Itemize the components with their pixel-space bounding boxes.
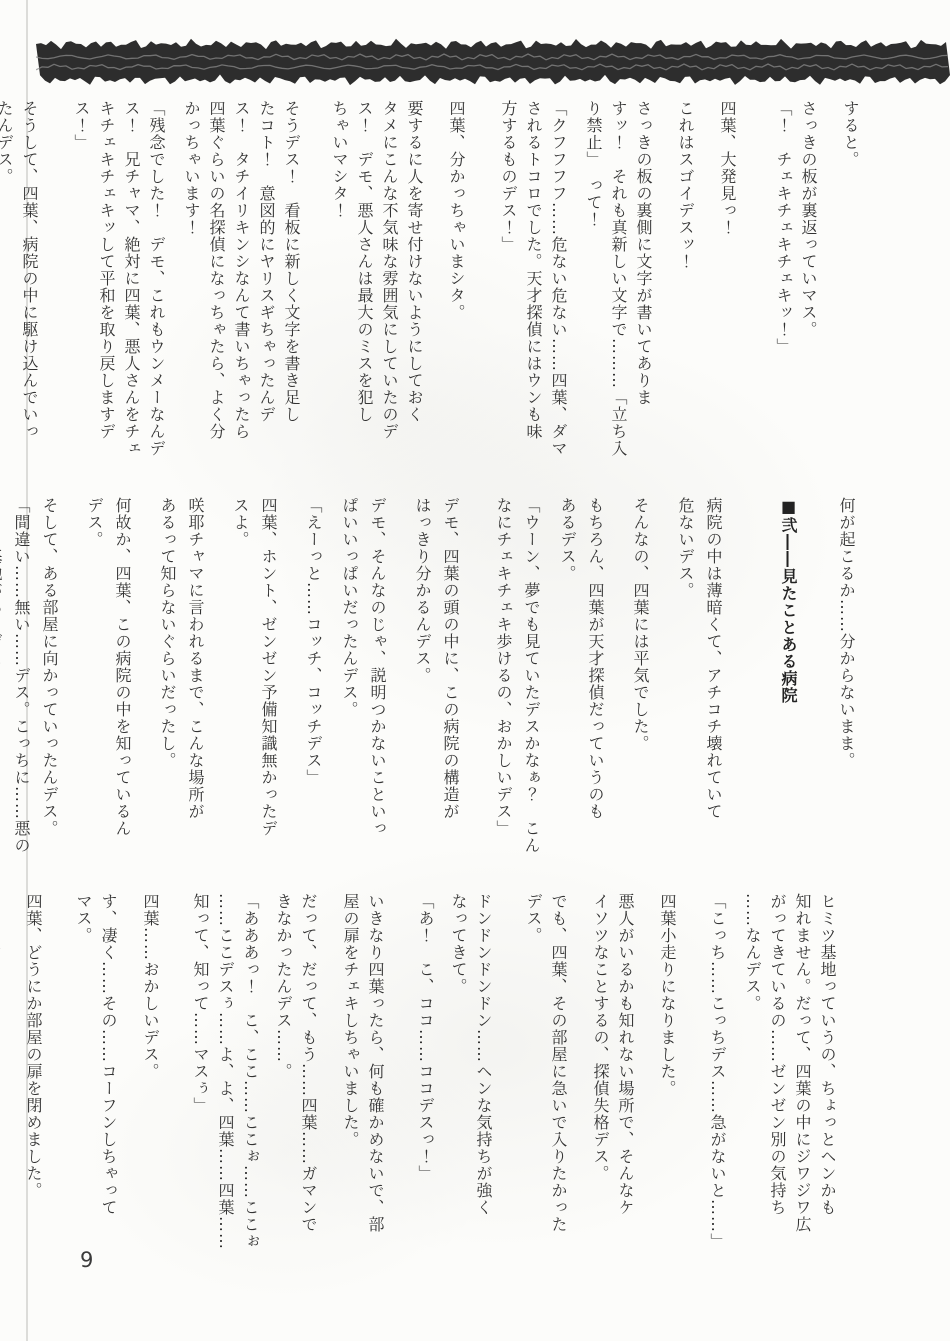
text-column: マス。 xyxy=(71,893,96,1281)
story-block-bottom: ヒミツ基地っていうの、ちょっとヘンかも知れません。だって、四葉の中にジワジワ広が… xyxy=(0,893,857,1281)
text-column: そんなの、四葉には平気でした。 xyxy=(626,497,671,889)
text-column: あるデス。 xyxy=(553,497,581,889)
text-column: 「ウーン、夢でも見ていたデスかなぁ？ こん xyxy=(517,497,545,889)
text-column: デス。 xyxy=(80,497,108,889)
text-column: ス！」 xyxy=(69,100,94,490)
text-column: ドンドンドンドン……ヘンな気持ちが強く xyxy=(471,893,513,1281)
text-column: 病院の中は薄暗くて、アチコチ壊れていて xyxy=(699,497,744,889)
text-column: そうデス！ 看板に新しく文字を書き足し xyxy=(279,100,321,490)
text-column: 部屋の鍵を掛けて、部屋の真ん中にしつら xyxy=(0,893,21,1281)
text-column: はっきり分かるんデス。 xyxy=(408,497,436,889)
text-column: す、凄く……その……コーフンしちゃって xyxy=(96,893,138,1281)
text-column: もちろん、四葉が天才探偵だっていうのも xyxy=(581,497,626,889)
text-column: 四葉、どうにか部屋の扉を閉めました。 xyxy=(21,893,63,1281)
text-column: 四葉、大発見っ！ xyxy=(715,100,757,490)
text-column: 四葉、ホント、ゼンゼン予備知識無かったデ xyxy=(254,497,299,889)
text-column: きなかったんデス……。 xyxy=(271,893,296,1281)
text-column: ヒミツ基地っていうの、ちょっとヘンかも xyxy=(815,893,857,1281)
text-column: 「残念でした！ デモ、これもウンメーなんデ xyxy=(144,100,169,490)
text-column: そうして、四葉、病院の中に駆け込んでいっ xyxy=(17,100,59,490)
text-column: 「！ チェキチェキチェキッ！」 xyxy=(771,100,796,490)
text-column: 方するものデス！」 xyxy=(496,100,521,490)
text-column: 四葉小走りになりました。 xyxy=(655,893,697,1281)
text-column: 何が起こるか……分からないまま。 xyxy=(832,497,877,889)
story-block-top: すると。さっきの板が裏返っていマス。「！ チェキチェキチェキッ！」四葉、大発見っ… xyxy=(0,100,880,490)
text-column: デモ、そんなのじゃ、説明つかないこといっ xyxy=(363,497,408,889)
text-column: たんデス。 xyxy=(0,100,17,490)
text-column: 四葉……おかしいデス。 xyxy=(138,893,180,1281)
text-column: 「こっち……こっちデス……急がないと……」 xyxy=(705,893,730,1281)
text-column: り禁止」 って！ xyxy=(581,100,606,490)
text-column: 咲耶チャマに言われるまで、こんな場所が xyxy=(181,497,226,889)
text-column: さっきの板の裏側に文字が書いてありま xyxy=(631,100,673,490)
text-column: 何故か、四葉、この病院の中を知っているん xyxy=(108,497,153,889)
text-column: たコト！ 意図的にヤリスギちゃったんデ xyxy=(254,100,279,490)
torn-separator-band xyxy=(36,37,950,87)
text-column: 悪人がいるかも知れない場所で、そんなケ xyxy=(613,893,655,1281)
scanned-page: { "page": { "number": "9" }, "colors": {… xyxy=(0,0,950,1341)
text-column: ぱいいっぱいだったんデス。 xyxy=(335,497,363,889)
text-column: ス！ 兄チャマ、絶対に四葉、悪人さんをチェ xyxy=(119,100,144,490)
text-column: 要するに人を寄せ付けないようにしておく xyxy=(402,100,444,490)
text-column: 「あああっ！ こ、ここ……ここぉ……ここぉ xyxy=(238,893,263,1281)
text-column: なってきて。 xyxy=(446,893,471,1281)
text-column: これはスゴイデスッ！ xyxy=(673,100,715,490)
text-column: 危ないデス。 xyxy=(671,497,699,889)
text-column: ヒミツ基地があるデス」 xyxy=(0,497,7,889)
text-column: スよ。 xyxy=(226,497,254,889)
page-number: 9 xyxy=(80,1248,93,1272)
text-column: デモ、四葉の頭の中に、この病院の構造が xyxy=(436,497,481,889)
text-column: 「クフフフフ……危ない危ない……四葉、ダマ xyxy=(546,100,571,490)
text-column: 知れません。だって、四葉の中にジワジワ広 xyxy=(790,893,815,1281)
section-heading-column: ■弐――見たことある病院 xyxy=(774,497,802,889)
text-column: 「間違い……無い……デス。こっちに……悪の xyxy=(7,497,35,889)
text-column: すると。 xyxy=(838,100,880,490)
text-column: そして、ある部屋に向かっていったんデス。 xyxy=(35,497,80,889)
text-column: キチェキチェキッして平和を取り戻しますデ xyxy=(94,100,119,490)
text-column: 四葉ぐらいの名探偵になっちゃたら、よく分 xyxy=(204,100,229,490)
text-column: なにチェキチェキ歩けるの、おかしいデス」 xyxy=(489,497,517,889)
text-column: ……なんデス。 xyxy=(740,893,765,1281)
text-column: かっちゃいます！ xyxy=(179,100,204,490)
text-column: でも、四葉、その部屋に急いで入りたかった xyxy=(546,893,588,1281)
text-column: デス。 xyxy=(521,893,546,1281)
text-column: ……ここデスぅ……よ、よ、四葉……四葉…… xyxy=(213,893,238,1281)
text-column: 屋の扉をチェキしちゃいました。 xyxy=(338,893,363,1281)
text-column: がってきているの……ゼンゼン別の気持ち xyxy=(765,893,790,1281)
text-column: ス！ デモ、悪人さんは最大のミスを犯し xyxy=(352,100,377,490)
text-column: さっきの板が裏返っていマス。 xyxy=(796,100,838,490)
text-column: されるトコロでした。天才探偵にはウンも味 xyxy=(521,100,546,490)
text-column: 知って、知って……マスぅ」 xyxy=(188,893,213,1281)
text-column: 「あ！ こ、ココ……ココデスっ！」 xyxy=(413,893,438,1281)
text-column: 四葉、分かっちゃいまシタ。 xyxy=(444,100,486,490)
text-column: あるって知らないぐらいだったし。 xyxy=(153,497,181,889)
text-column: ス！ タチイリキンシなんて書いちゃったら xyxy=(229,100,254,490)
text-column: すッ！ それも真新しい文字で………「立ち入 xyxy=(606,100,631,490)
story-block-middle: 何が起こるか……分からないまま。■弐――見たことある病院病院の中は薄暗くて、アチ… xyxy=(0,497,877,889)
text-column: いきなり四葉ったら、何も確かめないで、部 xyxy=(363,893,405,1281)
text-column: だって、だって、もう……四葉……ガマンで xyxy=(296,893,338,1281)
text-column: タメにこんな不気味な雰囲気にしていたのデ xyxy=(377,100,402,490)
text-column: ちゃいマシタ！ xyxy=(327,100,352,490)
text-column: イソツなことするの、探偵失格デス。 xyxy=(588,893,613,1281)
text-column: 「えーっと……コッチ、コッチデス」 xyxy=(299,497,327,889)
